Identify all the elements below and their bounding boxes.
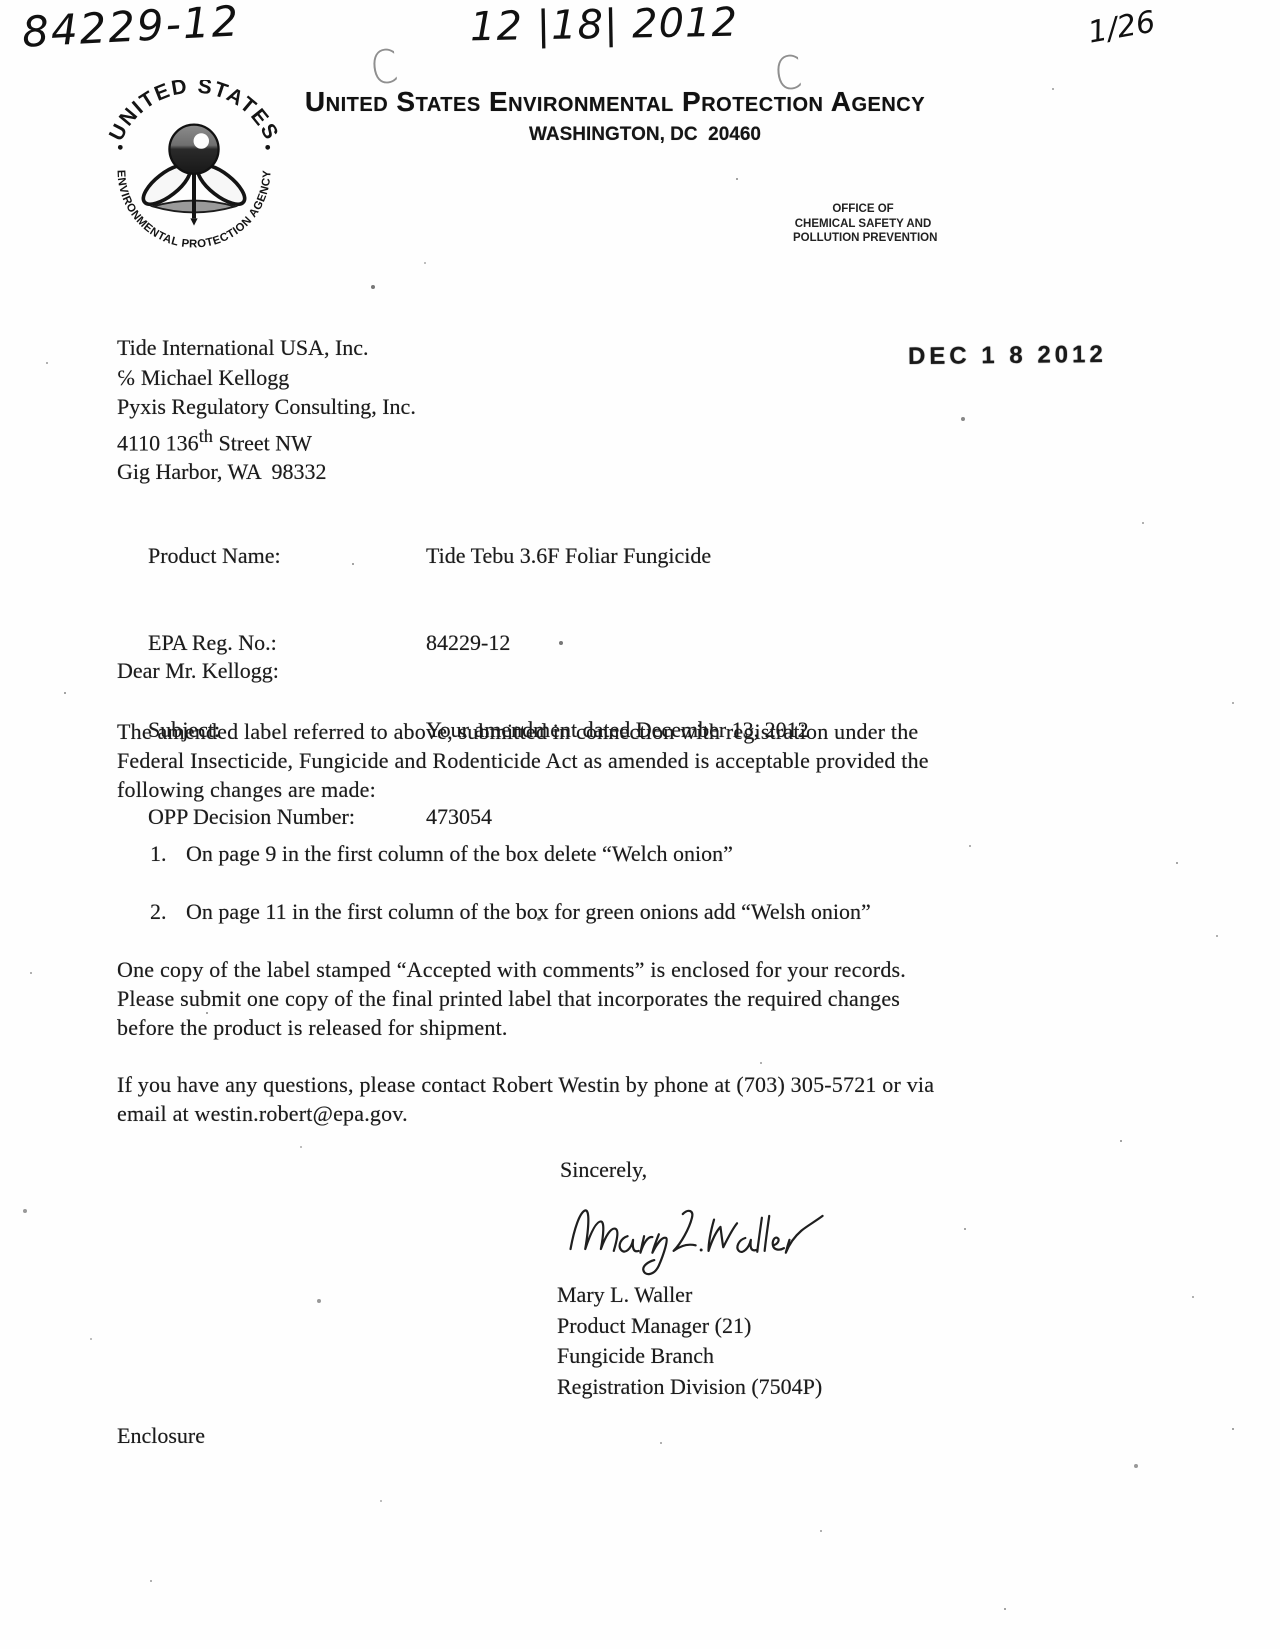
recipient-care-of: ℅ Michael Kellogg	[117, 363, 416, 393]
paragraph-line: One copy of the label stamped “Accepted …	[117, 955, 906, 984]
enclosure-note: Enclosure	[117, 1423, 205, 1449]
seal-flower-icon	[137, 125, 250, 226]
paragraph-line: Federal Insecticide, Fungicide and Roden…	[117, 746, 929, 775]
paragraph-line: The amended label referred to above, sub…	[117, 717, 929, 746]
paragraph-line: If you have any questions, please contac…	[117, 1070, 934, 1099]
body-paragraph-2: One copy of the label stamped “Accepted …	[117, 955, 906, 1042]
list-text: On page 11 in the first column of the bo…	[186, 899, 871, 924]
signer-name: Mary L. Waller	[557, 1280, 822, 1311]
signer-division: Registration Division (7504P)	[557, 1372, 822, 1403]
ref-label: OPP Decision Number:	[148, 802, 426, 831]
signer-title: Product Manager (21)	[557, 1311, 822, 1342]
recipient-consultant: Pyxis Regulatory Consulting, Inc.	[117, 392, 416, 422]
signature-mary-l-waller	[563, 1192, 843, 1284]
agency-address: WASHINGTON, DC 20460	[300, 124, 990, 146]
signer-branch: Fungicide Branch	[557, 1341, 822, 1372]
handwritten-page-mark: 1/26	[1085, 4, 1157, 50]
salutation: Dear Mr. Kellogg:	[117, 658, 279, 684]
closing-sincerely: Sincerely,	[560, 1157, 647, 1183]
office-line: POLLUTION PREVENTION	[793, 231, 933, 246]
ref-label: Product Name:	[148, 541, 426, 570]
scan-noise	[0, 0, 2, 2]
recipient-address: Tide International USA, Inc. ℅ Michael K…	[117, 333, 416, 487]
ref-value: Tide Tebu 3.6F Foliar Fungicide	[426, 543, 711, 568]
office-block: OFFICE OF CHEMICAL SAFETY AND POLLUTION …	[793, 202, 933, 246]
ref-value: 84229-12	[426, 630, 510, 655]
received-date-stamp: DEC 1 8 2012	[908, 341, 1107, 371]
ref-label: EPA Reg. No.:	[148, 628, 426, 657]
recipient-company: Tide International USA, Inc.	[117, 333, 416, 363]
paragraph-line: Please submit one copy of the final prin…	[117, 984, 906, 1013]
body-paragraph-3: If you have any questions, please contac…	[117, 1070, 934, 1128]
list-number: 2.	[150, 899, 186, 925]
signer-block: Mary L. Waller Product Manager (21) Fung…	[557, 1280, 822, 1402]
list-text: On page 9 in the first column of the box…	[186, 841, 733, 866]
list-item: 1.On page 9 in the first column of the b…	[150, 841, 733, 867]
paragraph-line: before the product is released for shipm…	[117, 1013, 906, 1042]
seal-left-dot	[118, 145, 123, 150]
list-item: 2.On page 11 in the first column of the …	[150, 899, 871, 925]
paragraph-line: following changes are made:	[117, 775, 929, 804]
handwritten-reg-number: 84229-12	[21, 0, 241, 57]
street-ordinal-sup: th	[199, 426, 213, 446]
letter-page: 84229-12 12 |18| 2012 1/26 C C UNITED ST…	[0, 0, 1280, 1649]
recipient-city: Gig Harbor, WA 98332	[117, 457, 416, 487]
ref-value: 473054	[426, 804, 492, 829]
agency-name: United States Environmental Protection A…	[255, 86, 975, 118]
paragraph-line: email at westin.robert@epa.gov.	[117, 1099, 934, 1128]
seal-right-dot	[265, 145, 270, 150]
table-row: Product Name:Tide Tebu 3.6F Foliar Fungi…	[115, 512, 809, 599]
body-paragraph-1: The amended label referred to above, sub…	[117, 717, 929, 804]
list-number: 1.	[150, 841, 186, 867]
reference-table: Product Name:Tide Tebu 3.6F Foliar Fungi…	[115, 512, 809, 860]
recipient-street: 4110 136th Street NW	[117, 422, 416, 458]
handwritten-date: 12 |18| 2012	[470, 0, 739, 50]
office-line: CHEMICAL SAFETY AND	[793, 217, 933, 232]
office-line: OFFICE OF	[793, 202, 933, 217]
